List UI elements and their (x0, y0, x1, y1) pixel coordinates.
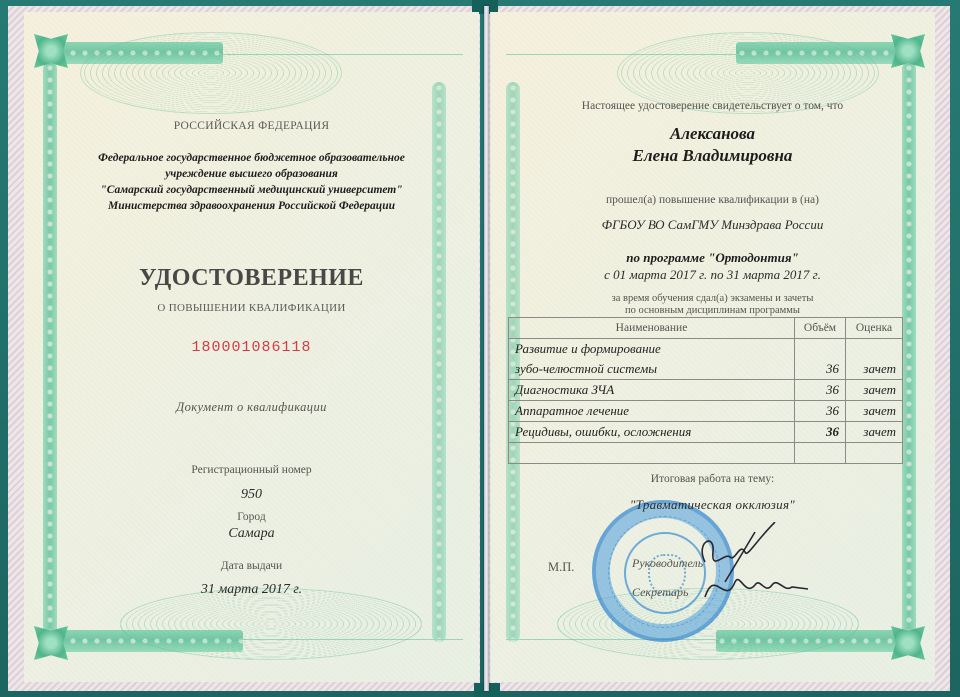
frame-bottom-line (506, 639, 719, 640)
program-name: по программе "Ортодонтия" (490, 250, 935, 266)
subject-volume (795, 339, 846, 360)
certificate-intro: Настоящее удостоверение свидетельствует … (490, 100, 935, 112)
left-page: РОССИЙСКАЯ ФЕДЕРАЦИЯ Федеральное государ… (24, 12, 479, 682)
frame-bottom-band (716, 630, 916, 652)
subject-volume (795, 443, 846, 464)
subject-name: Диагностика ЗЧА (509, 380, 795, 401)
reg-number-label: Регистрационный номер (24, 464, 479, 476)
table-row (509, 443, 903, 464)
col-header-volume: Объём (795, 318, 846, 339)
guilloche-mesh-bottom (120, 588, 422, 660)
subject-grade: зачет (846, 401, 903, 422)
exams-text: за время обучения сдал(а) экзамены и зач… (490, 293, 935, 304)
institution-line: "Самарский государственный медицинский у… (24, 182, 479, 198)
final-work-title: "Травматическая окклюзия" (490, 497, 935, 513)
table-row: Рецидивы, ошибки, осложнения 36 зачет (509, 422, 903, 443)
document-title: УДОСТОВЕРЕНИЕ (24, 265, 479, 292)
study-period: с 01 марта 2017 г. по 31 марта 2017 г. (490, 267, 935, 283)
institution-line: учреждение высшего образования (24, 166, 479, 182)
subject-name (509, 443, 795, 464)
exams-text-2: по основным дисциплинам программы (490, 305, 935, 316)
col-header-name: Наименование (509, 318, 795, 339)
issue-date: 31 марта 2017 г. (24, 582, 479, 598)
frame-top-line (220, 54, 463, 55)
secretary-label: Секретарь (632, 585, 688, 600)
subject-grade: зачет (846, 422, 903, 443)
subject-volume: 36 (795, 380, 846, 401)
subject-grade: зачет (846, 359, 903, 380)
subject-volume: 36 (795, 359, 846, 380)
frame-corner-ornament (34, 626, 68, 660)
col-header-grade: Оценка (846, 318, 903, 339)
frame-corner-ornament (891, 34, 925, 68)
institution-name: Федеральное государственное бюджетное об… (24, 150, 479, 214)
frame-corner-ornament (891, 626, 925, 660)
subject-volume: 36 (795, 401, 846, 422)
book-spine-ribbon (484, 6, 489, 691)
organization: ФГБОУ ВО СамГМУ Минздрава России (490, 217, 935, 233)
document-subtitle: О ПОВЫШЕНИИ КВАЛИФИКАЦИИ (24, 302, 479, 314)
frame-top-band (43, 42, 223, 64)
table-row: Аппаратное лечение 36 зачет (509, 401, 903, 422)
final-work-label: Итоговая работа на тему: (490, 473, 935, 485)
guilloche-mesh-top (80, 32, 342, 114)
institution-line: Федеральное государственное бюджетное об… (24, 150, 479, 166)
table-row: зубо-челюстной системы 36 зачет (509, 359, 903, 380)
subject-grade (846, 443, 903, 464)
institution-line: Министерства здравоохранения Российской … (24, 198, 479, 214)
city-label: Город (24, 511, 479, 523)
subjects-table: Наименование Объём Оценка Развитие и фор… (508, 317, 903, 464)
frame-top-band (736, 42, 916, 64)
holder-given-names: Елена Владимировна (490, 146, 935, 166)
subject-name: Аппаратное лечение (509, 401, 795, 422)
frame-corner-ornament (34, 34, 68, 68)
seal-label: М.П. (548, 560, 574, 575)
subject-grade: зачет (846, 380, 903, 401)
completed-text: прошел(а) повышение квалификации в (на) (490, 194, 935, 206)
right-page: Настоящее удостоверение свидетельствует … (490, 12, 935, 682)
subject-name: Развитие и формирование (509, 339, 795, 360)
serial-number: 180001086118 (24, 339, 479, 356)
frame-top-line (506, 54, 739, 55)
frame-bottom-line (240, 639, 463, 640)
holder-surname: Алексанова (490, 124, 935, 144)
table-row: Диагностика ЗЧА 36 зачет (509, 380, 903, 401)
frame-bottom-band (43, 630, 243, 652)
country-heading: РОССИЙСКАЯ ФЕДЕРАЦИЯ (24, 120, 479, 132)
reg-number: 950 (24, 487, 479, 503)
subject-name: зубо-челюстной системы (509, 359, 795, 380)
subject-name: Рецидивы, ошибки, осложнения (509, 422, 795, 443)
secretary-signature-icon (700, 567, 810, 607)
issue-date-label: Дата выдачи (24, 560, 479, 572)
table-header-row: Наименование Объём Оценка (509, 318, 903, 339)
document-type: Документ о квалификации (24, 400, 479, 415)
subject-grade (846, 339, 903, 360)
subject-volume: 36 (795, 422, 846, 443)
city: Самара (24, 526, 479, 542)
table-row: Развитие и формирование (509, 339, 903, 360)
